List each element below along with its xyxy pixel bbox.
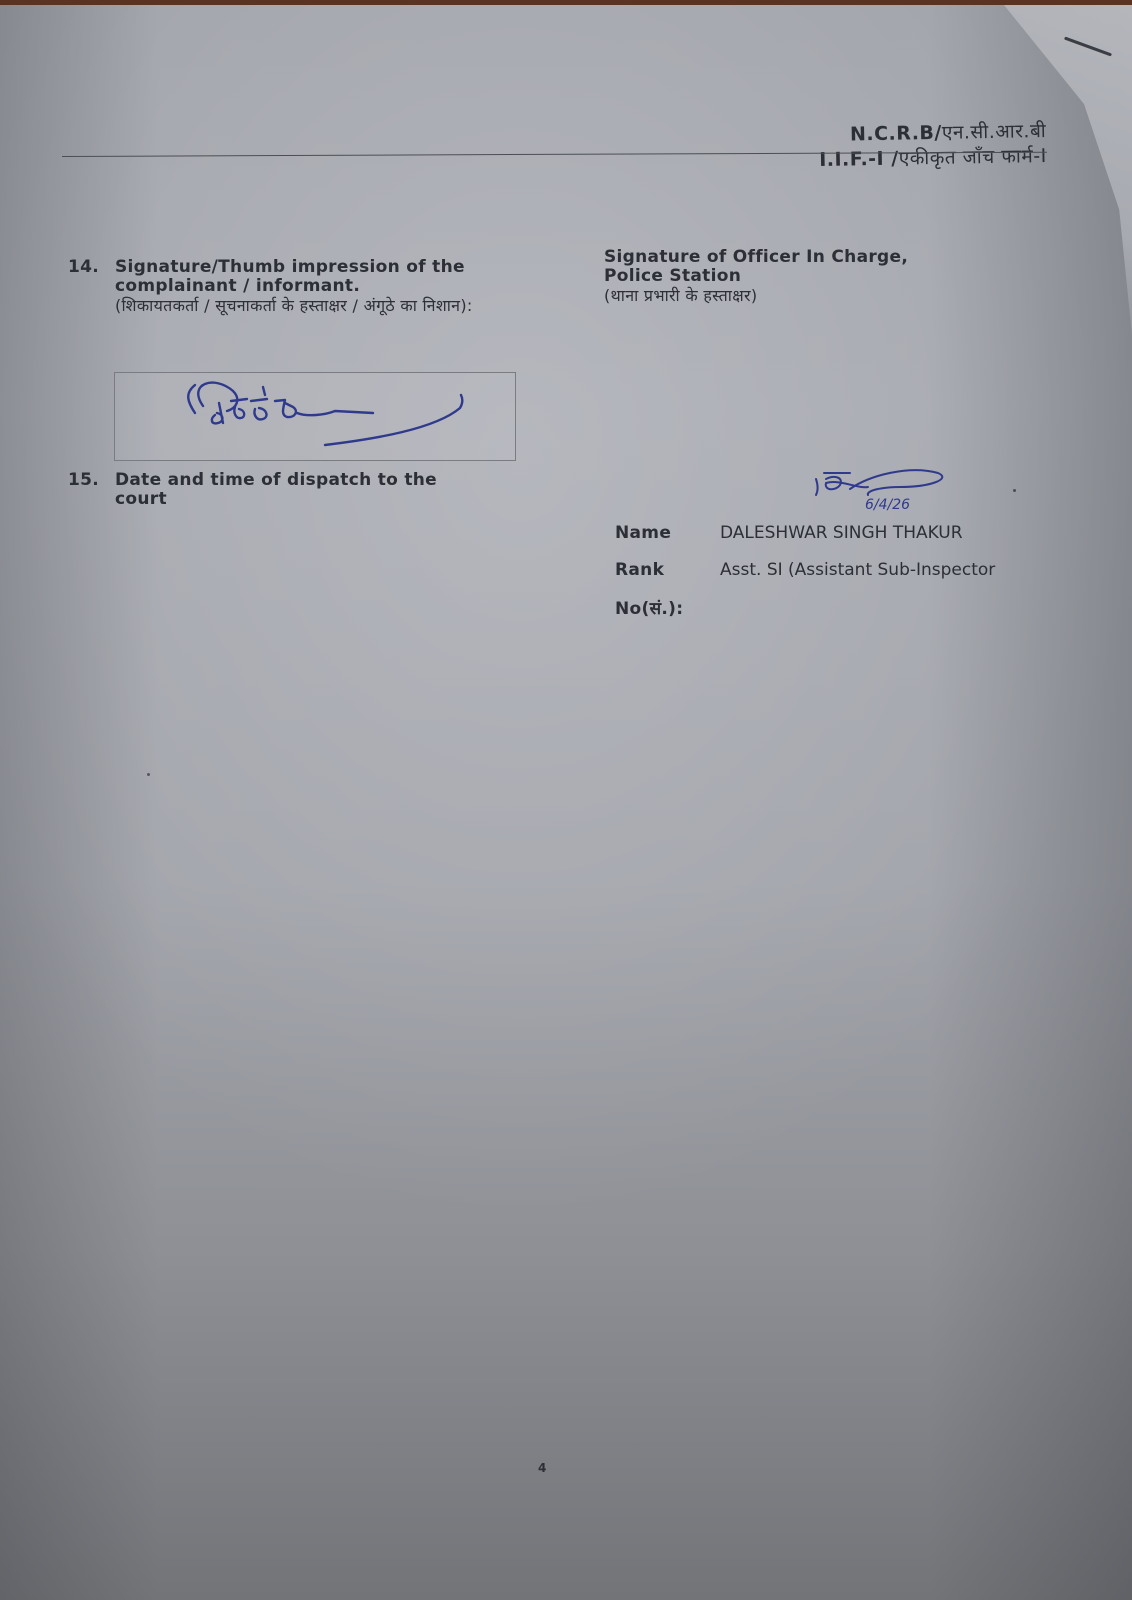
- officer-signature-heading: Signature of Officer In Charge, Police S…: [604, 248, 908, 305]
- field-14-complainant-signature: 14. Signature/Thumb impression of the co…: [68, 258, 518, 315]
- field-number: 14.: [68, 258, 99, 277]
- ink-dot: [1013, 489, 1016, 492]
- rank-value: Asst. SI (Assistant Sub-Inspector: [720, 560, 995, 580]
- header-iif: I.I.F.-I /एकीकृत जाँच फार्म-I: [819, 144, 1047, 173]
- form-header: N.C.R.B/एन.सी.आर.बी I.I.F.-I /एकीकृत जाँ…: [818, 119, 1046, 173]
- field-label: Signature/Thumb impression of the compla…: [115, 257, 465, 296]
- rank-label: Rank: [615, 560, 664, 580]
- number-label: No(सं.):: [615, 599, 683, 619]
- document-page: N.C.R.B/एन.सी.आर.बी I.I.F.-I /एकीकृत जाँ…: [0, 5, 1132, 1600]
- name-label: Name: [615, 523, 671, 543]
- complainant-signature-box[interactable]: [114, 372, 516, 461]
- name-value: DALESHWAR SINGH THAKUR: [720, 523, 963, 543]
- svg-text:6/4/26: 6/4/26: [865, 497, 910, 513]
- field-label: Date and time of dispatch to the court: [115, 471, 488, 509]
- officer-signature: 6/4/26: [810, 465, 970, 525]
- field-number: 15.: [68, 471, 99, 490]
- field-15-dispatch-date: 15. Date and time of dispatch to the cou…: [68, 471, 488, 509]
- field-label-hindi: (शिकायतकर्ता / सूचनाकर्ता के हस्ताक्षर /…: [115, 296, 518, 315]
- paper-speck: [147, 773, 150, 776]
- page-number: 4: [538, 1461, 546, 1475]
- complainant-signature: [115, 373, 515, 460]
